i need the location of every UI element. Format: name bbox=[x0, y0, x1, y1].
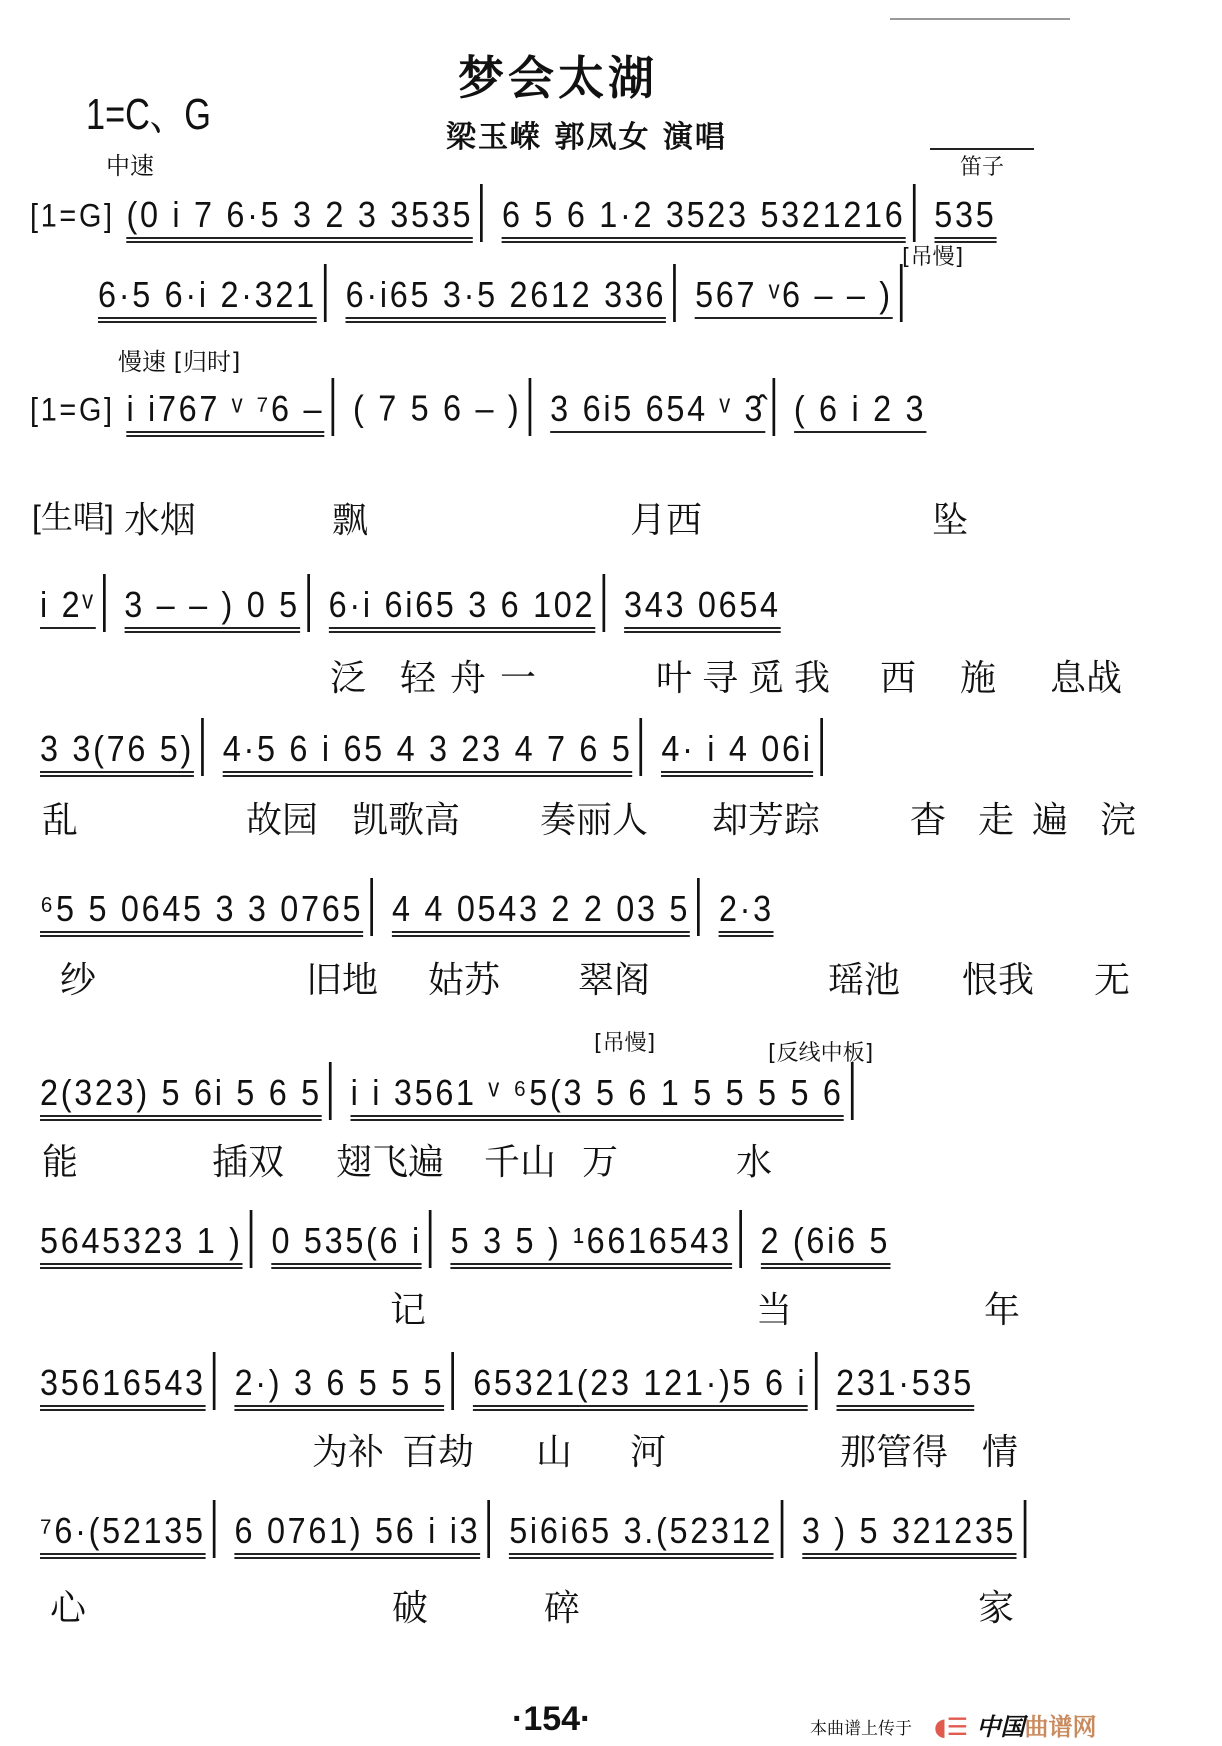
logo-text-part1: 中国 bbox=[977, 1713, 1025, 1741]
role-marker: [生唱] bbox=[32, 492, 114, 538]
measure: 5 3 5 ) ¹6616543 bbox=[451, 1220, 732, 1269]
barline bbox=[772, 378, 775, 436]
lyric: 山 bbox=[536, 1424, 572, 1475]
barline bbox=[307, 574, 310, 632]
lyric: 水烟 bbox=[124, 492, 196, 543]
lyric: 走遍 bbox=[978, 792, 1086, 843]
barline bbox=[815, 1352, 818, 1410]
lyric: 为补 bbox=[312, 1424, 384, 1475]
barline bbox=[452, 1352, 455, 1410]
barline bbox=[529, 378, 532, 436]
score-line-9: 35616543 2·) 3 6 5 5 5 65321(23 121·)5 6… bbox=[40, 1356, 974, 1414]
measure: 5i6i65 3.(52312 bbox=[509, 1510, 773, 1559]
measure: 3 6i5 654 ᵛ 3̂ bbox=[550, 388, 765, 433]
barline bbox=[640, 718, 643, 776]
key-change-marker: [1=G] bbox=[30, 198, 115, 234]
barline bbox=[602, 574, 605, 632]
lyric: 坠 bbox=[932, 492, 968, 543]
lyric: 月西 bbox=[630, 492, 702, 543]
measure: 4·5 6 i 65 4 3 23 4 7 6 5 bbox=[223, 728, 633, 777]
final-barline bbox=[900, 264, 903, 322]
measure: ( 6 i 2 3 bbox=[794, 388, 926, 433]
lyric: 故园 bbox=[246, 792, 318, 843]
lyric: 百劫 bbox=[402, 1424, 474, 1475]
score-line-8: 5645323 1 ) 0 535(6 i 5 3 5 ) ¹6616543 2… bbox=[40, 1214, 890, 1272]
scan-artifact-line bbox=[890, 18, 1070, 20]
measure: (0 i 7 6·5 3 2 3 3535 bbox=[126, 194, 473, 243]
measure: 4 4 0543 2 2 03 5 bbox=[392, 888, 690, 937]
song-title: 梦会太湖 bbox=[458, 42, 658, 108]
barline bbox=[820, 718, 823, 776]
lyric: 翅飞遍 bbox=[336, 1134, 444, 1185]
barline bbox=[739, 1210, 742, 1268]
score-line-5: 3 3(76 5) 4·5 6 i 65 4 3 23 4 7 6 5 4· i… bbox=[40, 722, 830, 780]
measure: ( 7 5 6 – ) bbox=[353, 388, 521, 429]
lyrics-line-6: 纱 旧地 姑苏 翠阁 瑶池 恨我 无 bbox=[0, 952, 1222, 1002]
lyric: 叶寻觅我 bbox=[656, 650, 840, 701]
measure: 0 535(6 i bbox=[271, 1220, 421, 1269]
barline bbox=[488, 1500, 491, 1558]
lyric: 插双 bbox=[212, 1134, 284, 1185]
lyrics-line-7: 能 插双 翅飞遍 千山 万 水 bbox=[0, 1134, 1222, 1184]
measure: 2 (6i6 5 bbox=[760, 1220, 890, 1269]
lyric: 奏丽人 bbox=[540, 792, 648, 843]
lyric: 轻舟一 bbox=[400, 650, 550, 701]
barline bbox=[851, 1062, 854, 1120]
lyric: 恨我 bbox=[962, 952, 1034, 1003]
lyrics-line-9: 为补 百劫 山 河 那管得 情 bbox=[0, 1424, 1222, 1474]
measure: ⁷6·(52135 bbox=[40, 1510, 206, 1559]
score-line-1: [1=G] (0 i 7 6·5 3 2 3 3535 6 5 6 1·2 35… bbox=[30, 188, 996, 246]
lyrics-line-5: 乱 故园 凯歌高 奏丽人 却芳踪 杳 走遍 浣 bbox=[0, 792, 1222, 842]
lyric: 飘 bbox=[332, 492, 368, 543]
instrument-annotation: 笛子 bbox=[930, 148, 1034, 181]
logo-text-part2: 曲谱网 bbox=[1025, 1713, 1097, 1741]
lyric: 翠阁 bbox=[578, 952, 650, 1003]
lyric: 施 bbox=[960, 650, 996, 701]
barline bbox=[370, 878, 373, 936]
lyric: 记 bbox=[390, 1282, 426, 1333]
measure: 6·i65 3·5 2612 336 bbox=[346, 274, 667, 323]
barline bbox=[913, 184, 916, 242]
performers: 梁玉嵘 郭凤女 演唱 bbox=[446, 112, 727, 156]
lyric: 心 bbox=[50, 1580, 86, 1631]
score-line-4: i 2ᵛ 3 – – ) 0 5 6·i 6i65 3 6 102 343 06… bbox=[40, 578, 781, 636]
measure: 567 ᵛ6 – – ) bbox=[695, 274, 893, 319]
lyric: 当 bbox=[756, 1282, 792, 1333]
lyric: 浣 bbox=[1100, 792, 1136, 843]
barline bbox=[673, 264, 676, 322]
music-note-logo-icon: ◖☰ bbox=[934, 1713, 968, 1741]
score-line-7: 2(323) 5 6i 5 6 5 i i 3561 ᵛ ⁶5(3 5 6 1 … bbox=[40, 1066, 861, 1124]
barline bbox=[697, 878, 700, 936]
score-line-10: ⁷6·(52135 6 0761) 56 i i3 5i6i65 3.(5231… bbox=[40, 1504, 1033, 1562]
lyric: 那管得 bbox=[840, 1424, 948, 1475]
lyric: 杳 bbox=[910, 792, 946, 843]
measure: 535 bbox=[934, 194, 996, 243]
barline bbox=[213, 1352, 216, 1410]
lyric: 破 bbox=[392, 1580, 428, 1631]
lyric: 却芳踪 bbox=[712, 792, 820, 843]
score-line-6: ⁶5 5 0645 3 3 0765 4 4 0543 2 2 03 5 2·3 bbox=[40, 882, 774, 940]
barline bbox=[324, 264, 327, 322]
lyric: 旧地 bbox=[306, 952, 378, 1003]
score-line-3: [1=G] i i767 ᵛ ⁷6 – ( 7 5 6 – ) 3 6i5 65… bbox=[30, 382, 926, 440]
measure: i 2ᵛ bbox=[40, 584, 95, 629]
lyric: 西 bbox=[880, 650, 916, 701]
barline bbox=[213, 1500, 216, 1558]
lyric: 泛 bbox=[330, 650, 366, 701]
lyric: 无 bbox=[1094, 952, 1130, 1003]
tempo-annotation: [吊慢] bbox=[594, 1026, 655, 1057]
measure: 6·5 6·i 2·321 bbox=[98, 274, 317, 323]
lyric: 家 bbox=[978, 1580, 1014, 1631]
score-line-2: 6·5 6·i 2·321 6·i65 3·5 2612 336 567 ᵛ6 … bbox=[98, 268, 910, 326]
barline bbox=[480, 184, 483, 242]
measure: 2·) 3 6 5 5 5 bbox=[235, 1362, 445, 1411]
lyrics-line-3: [生唱] 水烟 飘 月西 坠 bbox=[32, 492, 1222, 542]
measure: 231·535 bbox=[836, 1362, 974, 1411]
lyrics-line-8: 记 当 年 bbox=[0, 1282, 1222, 1332]
measure: 3 ) 5 321235 bbox=[802, 1510, 1016, 1559]
lyric: 息战 bbox=[1050, 650, 1122, 701]
barline bbox=[201, 718, 204, 776]
measure: 65321(23 121·)5 6 i bbox=[473, 1362, 807, 1411]
lyric: 碎 bbox=[544, 1580, 580, 1631]
measure: 4· i 4 06i bbox=[661, 728, 812, 777]
lyric: 情 bbox=[982, 1424, 1018, 1475]
lyric: 能 bbox=[42, 1134, 78, 1185]
measure: 6 0761) 56 i i3 bbox=[235, 1510, 481, 1559]
measure: 35616543 bbox=[40, 1362, 206, 1411]
lyric: 河 bbox=[630, 1424, 666, 1475]
page-number: ·154· bbox=[512, 1700, 591, 1739]
lyric: 千山 bbox=[484, 1134, 556, 1185]
upload-source-text: 本曲谱上传于 bbox=[810, 1714, 912, 1739]
lyric: 姑苏 bbox=[428, 952, 500, 1003]
lyrics-line-10: 心 破 碎 家 bbox=[0, 1580, 1222, 1630]
barline bbox=[329, 1062, 332, 1120]
measure: 2·3 bbox=[719, 888, 774, 937]
measure: 6 5 6 1·2 3523 5321216 bbox=[502, 194, 906, 243]
measure: i i 3561 ᵛ ⁶5(3 5 6 1 5 5 5 5 6 bbox=[351, 1072, 844, 1121]
site-logo[interactable]: ◖☰ 中国曲谱网 bbox=[934, 1707, 1097, 1742]
measure: ⁶5 5 0645 3 3 0765 bbox=[40, 888, 363, 937]
lyric: 万 bbox=[582, 1134, 618, 1185]
lyric: 瑶池 bbox=[828, 952, 900, 1003]
key-signature: 1=C、G bbox=[86, 78, 211, 142]
lyric: 年 bbox=[984, 1282, 1020, 1333]
barline bbox=[331, 378, 334, 436]
lyric: 纱 bbox=[60, 952, 96, 1003]
barline bbox=[780, 1500, 783, 1558]
lyric: 凯歌高 bbox=[352, 792, 460, 843]
barline bbox=[250, 1210, 253, 1268]
barline bbox=[429, 1210, 432, 1268]
lyrics-line-4: 泛 轻舟一 叶寻觅我 西 施 息战 bbox=[0, 650, 1222, 700]
measure: 3 3(76 5) bbox=[40, 728, 194, 777]
barline bbox=[103, 574, 106, 632]
lyric: 水 bbox=[736, 1134, 772, 1185]
measure: 6·i 6i65 3 6 102 bbox=[329, 584, 596, 633]
lyric: 乱 bbox=[42, 792, 78, 843]
measure: 2(323) 5 6i 5 6 5 bbox=[40, 1072, 322, 1121]
measure: i i767 ᵛ ⁷6 – bbox=[126, 388, 324, 437]
key-change-marker: [1=G] bbox=[30, 392, 115, 428]
tempo-annotation: [吊慢] bbox=[902, 240, 963, 271]
measure: 3 – – ) 0 5 bbox=[124, 584, 300, 633]
tempo-annotation: [反线中板] bbox=[768, 1036, 873, 1067]
tempo-marking: 慢速 [归时] bbox=[118, 342, 240, 377]
measure: 343 0654 bbox=[624, 584, 781, 633]
tempo-marking: 中速 bbox=[106, 146, 154, 181]
barline bbox=[1023, 1500, 1026, 1558]
measure: 5645323 1 ) bbox=[40, 1220, 243, 1269]
